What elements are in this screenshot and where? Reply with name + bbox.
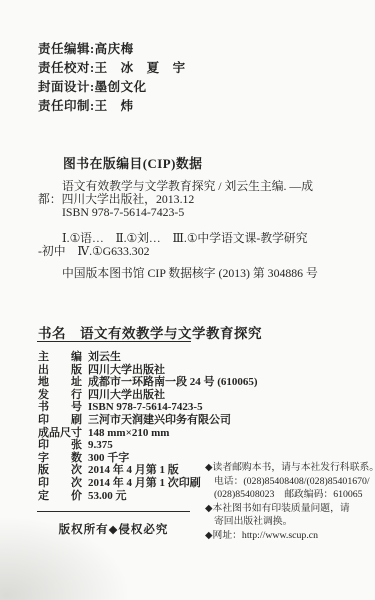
- row-value: 2014 年 4 月第 1 次印刷: [88, 477, 201, 490]
- row-label: 成品尺寸: [38, 427, 82, 440]
- row-value: 53.00 元: [88, 490, 127, 503]
- footer-rule: [37, 511, 190, 512]
- proofreader-credit-line: 责任校对:王 冰 夏 宇: [38, 59, 186, 78]
- row-value: 刘云生: [88, 351, 121, 364]
- cip-classification-line: Ⅰ.①语… Ⅱ.①刘… Ⅲ.①中学语文课-教学研究: [38, 232, 350, 245]
- table-row: 地址成都市一环路南一段 24 号 (610065): [38, 376, 258, 389]
- row-label: 印次: [38, 477, 82, 490]
- mail-order-note-line: ◆读者邮购本书，请与本社发行科联系。: [205, 461, 373, 475]
- book-title-row: 书名语文有效教学与文学教育探究: [38, 322, 262, 342]
- table-row: 出版四川大学出版社: [38, 364, 258, 377]
- table-row: 主编刘云生: [38, 351, 258, 364]
- editor-credit-line: 责任编辑:高庆梅: [38, 40, 186, 59]
- phone-note-line: 电话：(028)85408408/(028)85401670/: [205, 475, 373, 489]
- cip-description: 语文有效教学与文学教育探究 / 刘云生主编. —成 都：四川大学出版社，2013…: [38, 180, 350, 220]
- row-value: 四川大学出版社: [88, 364, 165, 377]
- publisher-notes-block: ◆读者邮购本书，请与本社发行科联系。 电话：(028)85408408/(028…: [205, 461, 373, 542]
- row-value: 2014 年 4 月第 1 版: [88, 464, 179, 477]
- row-label: 版次: [38, 464, 82, 477]
- row-value: 148 mm×210 mm: [88, 427, 169, 440]
- row-value: 成都市一环路南一段 24 号 (610065): [88, 376, 258, 389]
- title-underline-rule: [37, 341, 191, 342]
- quality-note-line: 寄回出版社调换。: [205, 515, 373, 529]
- cip-data-block: 图书在版编目(CIP)数据 语文有效教学与文学教育探究 / 刘云生主编. —成 …: [38, 157, 350, 280]
- row-value: ISBN 978-7-5614-7423-5: [88, 401, 203, 414]
- row-value: 四川大学出版社: [88, 389, 165, 402]
- row-value: 9.375: [88, 439, 113, 452]
- row-label: 发行: [38, 389, 82, 402]
- cip-isbn-line: ISBN 978-7-5614-7423-5: [38, 206, 350, 219]
- table-row: 成品尺寸148 mm×210 mm: [38, 427, 258, 440]
- postcode-note-line: (028)85408023 邮政编码：610065: [205, 488, 373, 502]
- quality-note-line: ◆本社图书如有印装质量问题，请: [205, 502, 373, 516]
- row-value: 三河市天润建兴印务有限公司: [88, 414, 231, 427]
- row-label: 定价: [38, 490, 82, 503]
- table-row: 印张9.375: [38, 439, 258, 452]
- row-label: 印张: [38, 439, 82, 452]
- cip-heading: 图书在版编目(CIP)数据: [38, 157, 350, 171]
- staff-credits-block: 责任编辑:高庆梅 责任校对:王 冰 夏 宇 封面设计:墨创文化 责任印制:王 炜: [38, 40, 186, 116]
- book-title: 语文有效教学与文学教育探究: [80, 326, 262, 341]
- row-label: 字数: [38, 452, 82, 465]
- cip-classification-line: -初中 Ⅳ.①G633.302: [38, 245, 350, 258]
- print-supervisor-line: 责任印制:王 炜: [38, 97, 186, 116]
- copyright-notice: 版权所有◆侵权必究: [37, 521, 190, 537]
- row-label: 印刷: [38, 414, 82, 427]
- row-label: 书号: [38, 401, 82, 414]
- cover-design-line: 封面设计:墨创文化: [38, 78, 186, 97]
- cip-classification: Ⅰ.①语… Ⅱ.①刘… Ⅲ.①中学语文课-教学研究 -初中 Ⅳ.①G633.30…: [38, 232, 350, 258]
- row-label: 出版: [38, 364, 82, 377]
- row-value: 300 千字: [88, 452, 129, 465]
- table-row: 印刷三河市天润建兴印务有限公司: [38, 414, 258, 427]
- book-title-label: 书名: [38, 326, 66, 341]
- table-row: 书号ISBN 978-7-5614-7423-5: [38, 401, 258, 414]
- row-label: 主编: [38, 351, 82, 364]
- row-label: 地址: [38, 376, 82, 389]
- table-row: 发行四川大学出版社: [38, 389, 258, 402]
- cip-record-number-line: 中国版本图书馆 CIP 数据核字 (2013) 第 304886 号: [38, 267, 350, 280]
- website-note-line: ◆网址：http://www.scup.cn: [205, 529, 373, 543]
- book-copyright-page: 责任编辑:高庆梅 责任校对:王 冰 夏 宇 封面设计:墨创文化 责任印制:王 炜…: [0, 0, 375, 600]
